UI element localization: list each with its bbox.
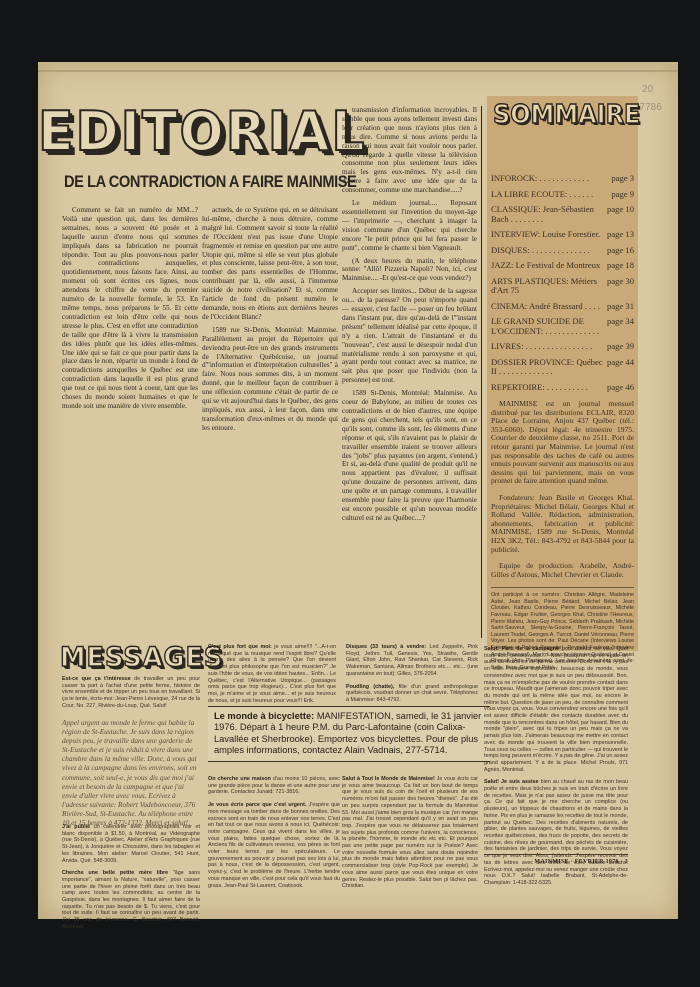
toc-entry-label: CINEMA: André Brassard . . . . <box>491 302 604 312</box>
toc-entry: LE GRAND SUICIDE DE L'OCCIDENT: . . . . … <box>491 317 634 336</box>
toc-entry-page: page 18 <box>604 261 634 271</box>
toc-entry-label: INFOROCK: . . . . . . . . . . . . <box>491 174 608 184</box>
publication-paragraph: MAINMISE est un journal mensuel distribu… <box>491 400 634 486</box>
message-item: C'est plus fort que moi: je vous aime!!!… <box>208 644 336 704</box>
toc-entry-page: page 39 <box>604 342 634 352</box>
toc-entry-page: page 9 <box>608 190 634 200</box>
toc-entry: CINEMA: André Brassard . . . .page 31 <box>491 302 634 312</box>
toc-entry-page: page 30 <box>604 277 634 296</box>
page-footer: MAINMISE · FEVRIER 1976 · 3 <box>484 854 628 865</box>
message-item: Disques (33 tours) à vendre: Led Zeppeli… <box>346 644 478 678</box>
toc-entry-label: ARTS PLASTIQUES: Métiers d'Art 75 <box>491 277 604 296</box>
toc-entry: REPERTOIRE: . . . . . . . . . .page 46 <box>491 383 634 393</box>
message-column-3: Disques (33 tours) à vendre: Led Zeppeli… <box>346 644 478 710</box>
message-item: Cherche une belle petite mère libre "âge… <box>62 870 200 930</box>
toc-entry: LA LIBRE ECOUTE: . . . . . .page 9 <box>491 190 634 200</box>
toc-entry-page: page 31 <box>604 302 634 312</box>
toc-entry: CLASSIQUE: Jean-Sébastien Bach . . . . .… <box>491 205 634 224</box>
toc-entry-page: page 10 <box>604 205 634 224</box>
editorial-paragraph: 1589 rue St-Denis, Montréal: Mainmise. P… <box>202 326 338 433</box>
sommaire-box: SOMMAIRE INFOROCK: . . . . . . . . . . .… <box>487 96 638 651</box>
publication-info: MAINMISE est un journal mensuel distribu… <box>491 400 634 579</box>
message-column-2: C'est plus fort que moi: je vous aime!!!… <box>208 644 336 710</box>
message-item: Est-ce que ça t'intéresse de travailler … <box>62 676 200 710</box>
message-item: On cherche une maison d'au moins 10 pièc… <box>208 776 340 796</box>
message-item: Salut à Tout le Monde de Mainmise! Je vo… <box>342 776 478 890</box>
sommaire-title: SOMMAIRE <box>493 100 623 130</box>
publication-paragraph: Equipe de production: Arabelle, André-Gi… <box>491 562 634 579</box>
bicycle-label: Le monde à bicyclette: <box>214 711 314 721</box>
toc-entry: ARTS PLASTIQUES: Métiers d'Art 75page 30 <box>491 277 634 296</box>
publication-paragraph: Fondateurs: Jean Basile et Georges Khal.… <box>491 494 634 554</box>
toc-entry-label: LE GRAND SUICIDE DE L'OCCIDENT: . . . . … <box>491 317 604 336</box>
editorial-paragraph: actuels, de ce Système qui, en se détrui… <box>202 206 338 322</box>
toc-entry-label: LIVRES: . . . . . . . . . . . . . . . . <box>491 342 604 352</box>
editorial-column-3: transmission d'information incroyables. … <box>342 106 482 638</box>
editorial-paragraph: 1589 St-Denis, Montréal: Mainmise. Au co… <box>342 389 477 523</box>
toc-entry-label: CLASSIQUE: Jean-Sébastien Bach . . . . .… <box>491 205 604 224</box>
message-item: Je vous écris parce que c'est urgent. J'… <box>208 802 340 889</box>
message-column-2-bottom: On cherche une maison d'au moins 10 pièc… <box>208 776 340 895</box>
handwritten-message: Appel urgent au monde le ferme qui habit… <box>62 718 200 827</box>
message-item: J'ai publié un calendrier avec photograp… <box>62 824 200 864</box>
toc-entry-page: page 16 <box>604 246 634 256</box>
editorial-title: EDITORIAL <box>38 101 338 164</box>
editorial-paragraph: Le médium journal.... Reposant essentiel… <box>342 199 477 252</box>
toc-entry-label: DISQUES: . . . . . . . . . . . . . . <box>491 246 604 256</box>
editorial-column-2: actuels, de ce Système qui, en se détrui… <box>202 206 338 638</box>
editorial-column-1: Comment se fait un numéro de MM...? Voil… <box>62 206 198 638</box>
toc-entry: INFOROCK: . . . . . . . . . . . .page 3 <box>491 174 634 184</box>
toc-entry: INTERVIEW: Louise Forestier.page 13 <box>491 230 634 240</box>
toc-entry-label: JAZZ: Le Festival de Montreux <box>491 261 604 271</box>
toc-entry-page: page 46 <box>604 383 634 393</box>
toc-entry-page: page 3 <box>608 174 634 184</box>
messages-title: MESSAGES <box>60 642 223 673</box>
message-item: Poudling (chatte), fille d'un grand anth… <box>346 684 478 704</box>
magazine-page: 20 17786 EDITORIAL DE LA CONTRADICTION A… <box>38 62 678 919</box>
toc-entry-label: REPERTOIRE: . . . . . . . . . . <box>491 383 604 393</box>
toc-entry-label: LA LIBRE ECOUTE: . . . . . . <box>491 190 608 200</box>
toc-entry-page: page 44 <box>604 358 634 377</box>
toc-entry-label: DOSSIER PROVINCE: Québec II . . . . . . … <box>491 358 604 377</box>
editorial-subtitle: DE LA CONTRADICTION A FAIRE MAINMISE <box>64 172 313 192</box>
bicycle-announcement: Le monde à bicyclette: MANIFESTATION, sa… <box>208 706 490 762</box>
editorial-paragraph: Accepter ses limites... Début de la sage… <box>342 287 477 385</box>
table-of-contents: INFOROCK: . . . . . . . . . . . .page 3L… <box>491 174 634 392</box>
toc-entry-label: INTERVIEW: Louise Forestier. <box>491 230 604 240</box>
message-item: Salut! Je suis assise bien au chaud au r… <box>484 779 628 886</box>
toc-entry-page: page 34 <box>604 317 634 336</box>
message-column-3-bottom: Salut à Tout le Monde de Mainmise! Je vo… <box>342 776 478 896</box>
toc-entry: DOSSIER PROVINCE: Québec II . . . . . . … <box>491 358 634 377</box>
editorial-paragraph: transmission d'information incroyables. … <box>342 106 477 195</box>
toc-entry: DISQUES: . . . . . . . . . . . . . .page… <box>491 246 634 256</box>
editorial-paragraph: (A deux heures du matin, le téléphone so… <box>342 257 477 284</box>
pencil-note-top: 20 <box>642 84 653 95</box>
message-column-1-bottom: J'ai publié un calendrier avec photograp… <box>62 824 200 937</box>
message-column-1: Est-ce que ça t'intéresse de travailler … <box>62 676 200 716</box>
toc-entry: LIVRES: . . . . . . . . . . . . . . . .p… <box>491 342 634 352</box>
toc-entry-page: page 13 <box>604 230 634 240</box>
editorial-paragraph: Comment se fait un numéro de MM...? Voil… <box>62 206 198 411</box>
toc-entry: JAZZ: Le Festival de Montreuxpage 18 <box>491 261 634 271</box>
message-item: Salut! Parti de la campagne pour aboutir… <box>484 646 628 773</box>
